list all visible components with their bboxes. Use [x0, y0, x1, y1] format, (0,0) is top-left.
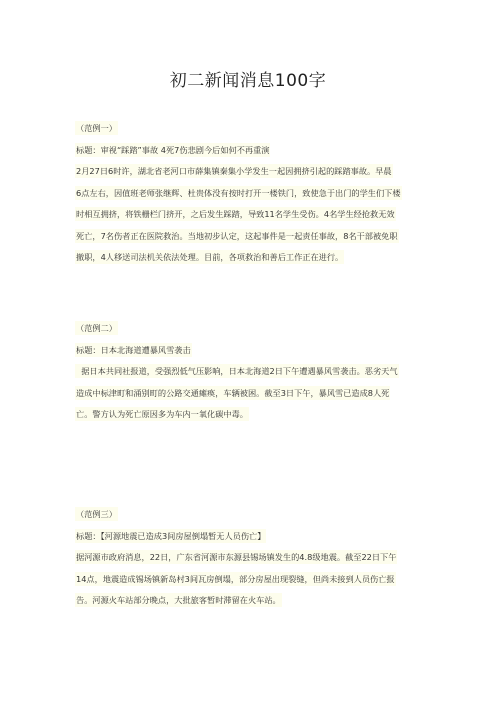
paragraph-line: 死亡，7名伤者正在医院救治。当地初步认定，这起事件是一起责任事故，8名干部被免职 [75, 226, 425, 248]
paragraph-line: 据日本共同社报道，受强烈低气压影响，日本北海道2日下午遭遇暴风雪袭击。恶劣天气 [75, 361, 425, 383]
paragraph-line: 6点左右，因值班老师张继辉、杜贵体没有按时打开一楼铁门，致使急于出门的学生们下楼 [75, 183, 425, 205]
paragraph-line: 亡。警方认为死亡原因多为车内一氧化碳中毒。 [75, 404, 425, 426]
section-heading: 标题：审视“踩踏”事故 4死7伤悲剧今后如何不再重演 [75, 140, 425, 162]
page-title: 初二新闻消息100字 [0, 66, 496, 91]
paragraph-line: 据河源市政府消息，22日，广东省河源市东源县锡场镇发生的4.8级地震。截至22日… [75, 547, 425, 569]
section-label: （范例二） [75, 318, 425, 340]
section-label: （范例三） [75, 504, 425, 526]
section-heading: 标题：日本北海道遭暴风雪袭击 [75, 340, 425, 362]
section-label: （范例一） [75, 118, 425, 140]
paragraph-line: 造成中标津町和涌别町的公路交通瘫痪，车辆被困。截至3日下午，暴风雪已造成8人死 [75, 383, 425, 405]
paragraph-line: 撤职，4人移送司法机关依法处理。目前，各项救治和善后工作正在进行。 [75, 247, 425, 269]
section-example-2: （范例二） 标题：日本北海道遭暴风雪袭击 据日本共同社报道，受强烈低气压影响，日… [75, 318, 425, 426]
paragraph-line: 2月27日6时许，湖北省老河口市薛集镇秦集小学发生一起因拥挤引起的踩踏事故。早晨 [75, 161, 425, 183]
paragraph-line: 14点，地震造成锡场镇新岛村3间瓦房倒塌，部分房屋出现裂缝，但尚未接到人员伤亡报 [75, 569, 425, 591]
section-example-1: （范例一） 标题：审视“踩踏”事故 4死7伤悲剧今后如何不再重演 2月27日6时… [75, 118, 425, 269]
section-heading: 标题：【河源地震已造成3间房屋倒塌暂无人员伤亡】 [75, 526, 425, 548]
section-example-3: （范例三） 标题：【河源地震已造成3间房屋倒塌暂无人员伤亡】 据河源市政府消息，… [75, 504, 425, 612]
paragraph-line: 告。河源火车站部分晚点，大批旅客暂时滞留在火车站。 [75, 590, 425, 612]
paragraph-line: 时相互拥挤，将铁栅栏门挤开，之后发生踩踏，导致11名学生受伤。4名学生经抢救无效 [75, 204, 425, 226]
